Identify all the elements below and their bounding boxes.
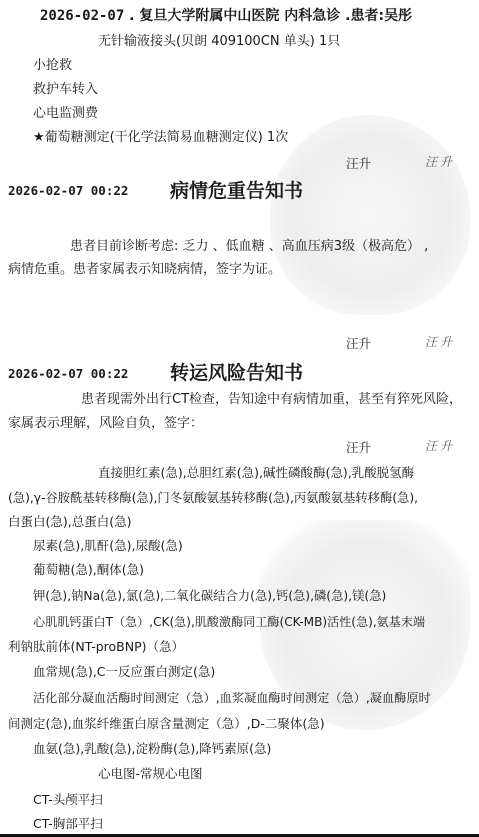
transfer-notice-body-line1: 患者现需外出行CT检查，告知途中有病情加重，甚至有猝死风险，	[81, 392, 462, 408]
order-cardiac-markers-line2: 利钠肽前体(NT-proBNP)（急）	[8, 639, 184, 655]
order-cbc-crp: 血常规(急),C一反应蛋白测定(急)	[33, 664, 215, 680]
order-liver-function-line3: 白蛋白(急),总蛋白(急)	[8, 514, 131, 530]
transfer-risk-notice-title: 转运风险告知书	[170, 362, 303, 384]
critical-notice-body-line1: 患者目前诊断考虑: 乏力 、低血糖 、高血压病3级（极高危） ,	[70, 239, 428, 255]
order-coagulation-line1: 活化部分凝血活酶时间测定（急）,血浆凝血酶时间测定（急）,凝血酶原时	[33, 690, 431, 706]
item-infusion-connector: 无针输液接头(贝朗 409100CN 单头) 1只	[98, 34, 340, 50]
handwritten-signature: 汪升	[425, 438, 455, 454]
doctor-signature-name: 汪升	[346, 440, 371, 456]
hospital-name: 复旦大学附属中山医院	[139, 8, 279, 24]
document-header: 2026-02-07 . 复旦大学附属中山医院 内科急诊 .患者:吴彤	[40, 8, 412, 24]
handwritten-signature: 汪升	[425, 154, 455, 170]
handwritten-signature: 汪升	[425, 334, 455, 350]
critical-condition-notice-title: 病情危重告知书	[170, 180, 303, 202]
header-date: 2026-02-07	[40, 8, 124, 24]
critical-notice-datetime: 2026-02-07 00:22	[8, 183, 128, 199]
patient-label: 患者:	[350, 8, 384, 24]
transfer-notice-body-line2: 家属表示理解，风险自负，签字：	[8, 416, 203, 432]
patient-name: 吴彤	[384, 8, 412, 24]
order-ammonia-lactate: 血氨(急),乳酸(急),淀粉酶(急),降钙素原(急)	[33, 741, 271, 757]
order-ct-chest: CT-胸部平扫	[33, 816, 103, 832]
order-electrolytes: 钾(急),钠Na(急),氯(急),二氧化碳结合力(急),钙(急),磷(急),镁(…	[33, 588, 386, 604]
order-ct-head: CT-头颅平扫	[33, 792, 103, 808]
order-liver-function-line2: (急),γ-谷胺酰基转移酶(急),门冬氨酸氨基转移酶(急),丙氨酸氨基转移酶(急…	[8, 490, 418, 506]
order-ecg: 心电图-常规心电图	[98, 766, 203, 782]
item-ecg-monitoring: 心电监测费	[33, 106, 98, 122]
transfer-notice-datetime: 2026-02-07 00:22	[8, 366, 128, 382]
hospital-watermark-logo	[270, 115, 470, 315]
critical-notice-body-line2: 病情危重。患者家属表示知晓病情，签字为证。	[8, 262, 281, 278]
order-glucose-ketone: 葡萄糖(急),酮体(急)	[33, 562, 144, 578]
doctor-signature-name: 汪升	[346, 156, 371, 172]
item-ambulance-transfer: 救护车转入	[33, 82, 98, 98]
doctor-signature-name: 汪升	[346, 336, 371, 352]
item-glucose-test: ★葡萄糖测定(干化学法简易血糖测定仪) 1次	[33, 130, 288, 146]
item-minor-rescue: 小抢救	[33, 58, 72, 74]
order-renal-function: 尿素(急),肌酐(急),尿酸(急)	[33, 538, 183, 554]
order-coagulation-line2: 间测定(急),血浆纤维蛋白原含量测定（急）,D-二聚体(急)	[8, 716, 325, 732]
order-cardiac-markers-line1: 心肌肌钙蛋白T（急）,CK(急),肌酸激酶同工酶(CK-MB)活性(急),氨基末…	[33, 614, 425, 630]
department-name: 内科急诊	[284, 8, 340, 24]
header-separator: .	[129, 8, 134, 24]
order-liver-function-line1: 直接胆红素(急),总胆红素(急),碱性磷酸酶(急),乳酸脱氢酶	[98, 465, 414, 481]
